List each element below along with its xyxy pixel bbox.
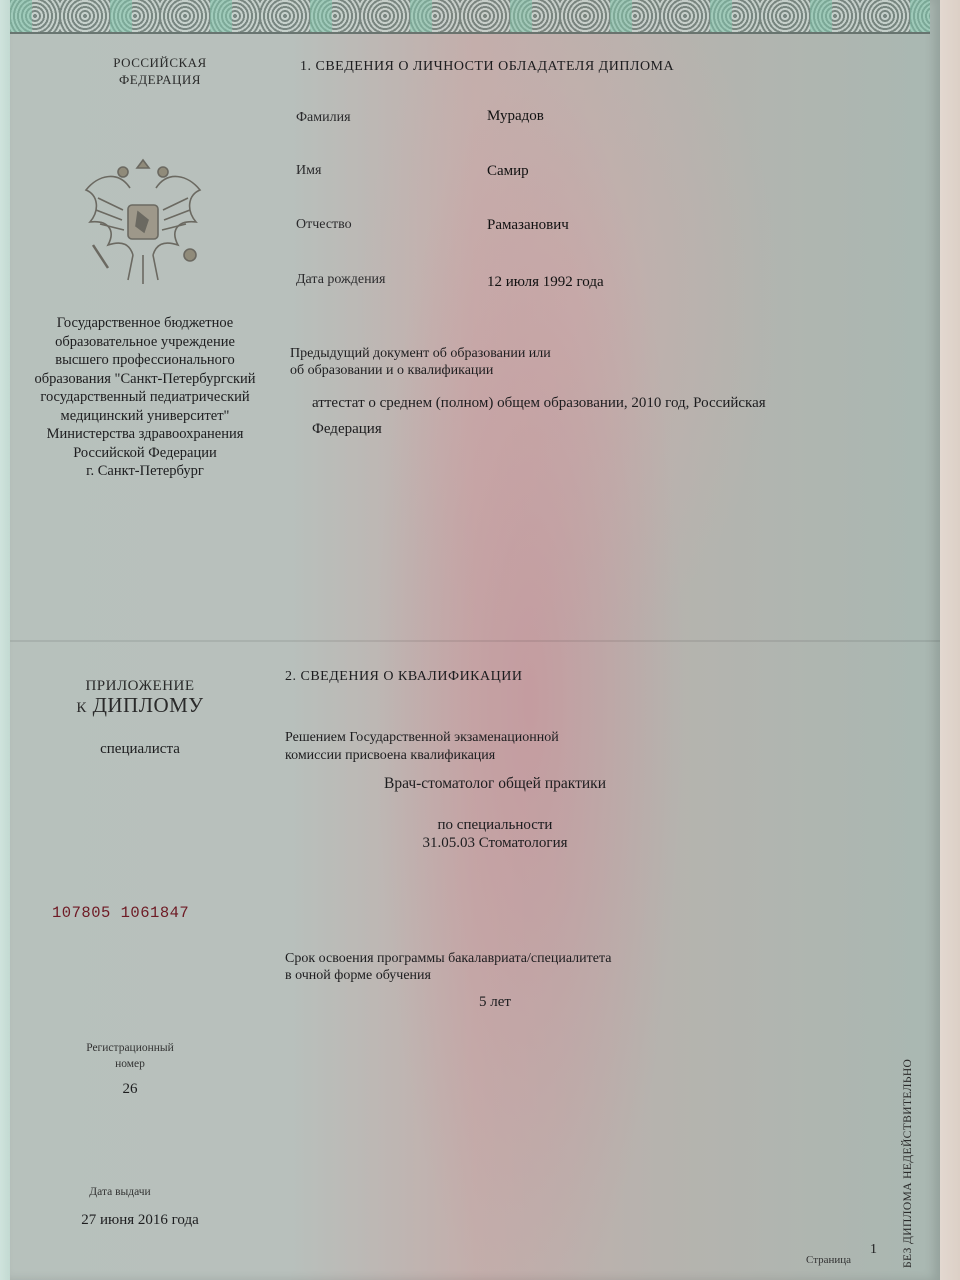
issue-date: 27 июня 2016 года <box>40 1212 240 1229</box>
country-line-2: ФЕДЕРАЦИЯ <box>60 71 260 88</box>
section-1-title: 1. СВЕДЕНИЯ О ЛИЧНОСТИ ОБЛАДАТЕЛЯ ДИПЛОМ… <box>300 59 674 75</box>
degree-type: специалиста <box>40 741 240 758</box>
program-duration-value: 5 лет <box>285 994 705 1011</box>
validity-note: БЕЗ ДИПЛОМА НЕДЕЙСТВИТЕЛЬНО <box>902 1059 914 1268</box>
institution-line: образования "Санкт-Петербургский <box>10 370 280 389</box>
institution-name: Государственное бюджетное образовательно… <box>10 314 280 481</box>
page-fold <box>10 640 940 642</box>
patronymic-label: Отчество <box>296 217 352 233</box>
previous-document-value-line-2: Федерация <box>312 416 872 442</box>
program-duration-label: Срок освоения программы бакалавриата/спе… <box>285 950 705 984</box>
page-label: Страница <box>806 1254 851 1266</box>
patronymic-value: Рамазанович <box>487 217 569 234</box>
registration-label-line-1: Регистрационный <box>50 1040 210 1056</box>
institution-line: Российской Федерации <box>10 444 280 463</box>
previous-document-value: аттестат о среднем (полном) общем образо… <box>312 390 872 442</box>
institution-line: Государственное бюджетное <box>10 314 280 333</box>
qualification-value: Врач-стоматолог общей практики <box>285 775 705 793</box>
institution-line: государственный педиатрический <box>10 388 280 407</box>
first-name-label: Имя <box>296 163 321 179</box>
issue-date-label: Дата выдачи <box>40 1186 200 1198</box>
surname-value: Мурадов <box>487 108 544 125</box>
duration-label-line-2: в очной форме обучения <box>285 967 705 984</box>
institution-line: высшего профессионального <box>10 351 280 370</box>
security-border-pattern <box>10 0 930 34</box>
appendix-line-2: к ДИПЛОМУ <box>40 693 240 718</box>
commission-line-1: Решением Государственной экзаменационной <box>285 729 645 747</box>
birth-date-value: 12 июля 1992 года <box>487 274 604 291</box>
registration-number: 26 <box>50 1081 210 1098</box>
birth-date-label: Дата рождения <box>296 272 386 288</box>
previous-document-label-line-2: об образовании и о квалификации <box>290 362 630 379</box>
institution-line: медицинский университет" <box>10 407 280 426</box>
appendix-heading: ПРИЛОЖЕНИЕ к ДИПЛОМУ <box>40 678 240 718</box>
commission-line-2: комиссии присвоена квалификация <box>285 747 645 765</box>
coat-of-arms-icon <box>78 150 208 290</box>
first-name-value: Самир <box>487 163 529 180</box>
specialty-value: 31.05.03 Стоматология <box>285 834 705 852</box>
specialty: по специальности 31.05.03 Стоматология <box>285 816 705 852</box>
previous-document-label-line-1: Предыдущий документ об образовании или <box>290 345 630 362</box>
serial-number: 107805 1061847 <box>52 904 189 922</box>
institution-line: Министерства здравоохранения <box>10 425 280 444</box>
registration-label-line-2: номер <box>50 1056 210 1072</box>
institution-line: г. Санкт-Петербург <box>10 462 280 481</box>
previous-document-value-line-1: аттестат о среднем (полном) общем образо… <box>312 390 872 416</box>
commission-decision-label: Решением Государственной экзаменационной… <box>285 729 645 765</box>
country-line-1: РОССИЙСКАЯ <box>60 54 260 71</box>
institution-line: образовательное учреждение <box>10 333 280 352</box>
specialty-label: по специальности <box>285 816 705 834</box>
page-number: 1 <box>870 1242 877 1258</box>
section-2-title: 2. СВЕДЕНИЯ О КВАЛИФИКАЦИИ <box>285 669 522 685</box>
duration-label-line-1: Срок освоения программы бакалавриата/спе… <box>285 950 705 967</box>
registration-label: Регистрационный номер <box>50 1040 210 1072</box>
previous-document-label: Предыдущий документ об образовании или о… <box>290 345 630 379</box>
surname-label: Фамилия <box>296 110 351 126</box>
country-heading: РОССИЙСКАЯ ФЕДЕРАЦИЯ <box>60 54 260 88</box>
